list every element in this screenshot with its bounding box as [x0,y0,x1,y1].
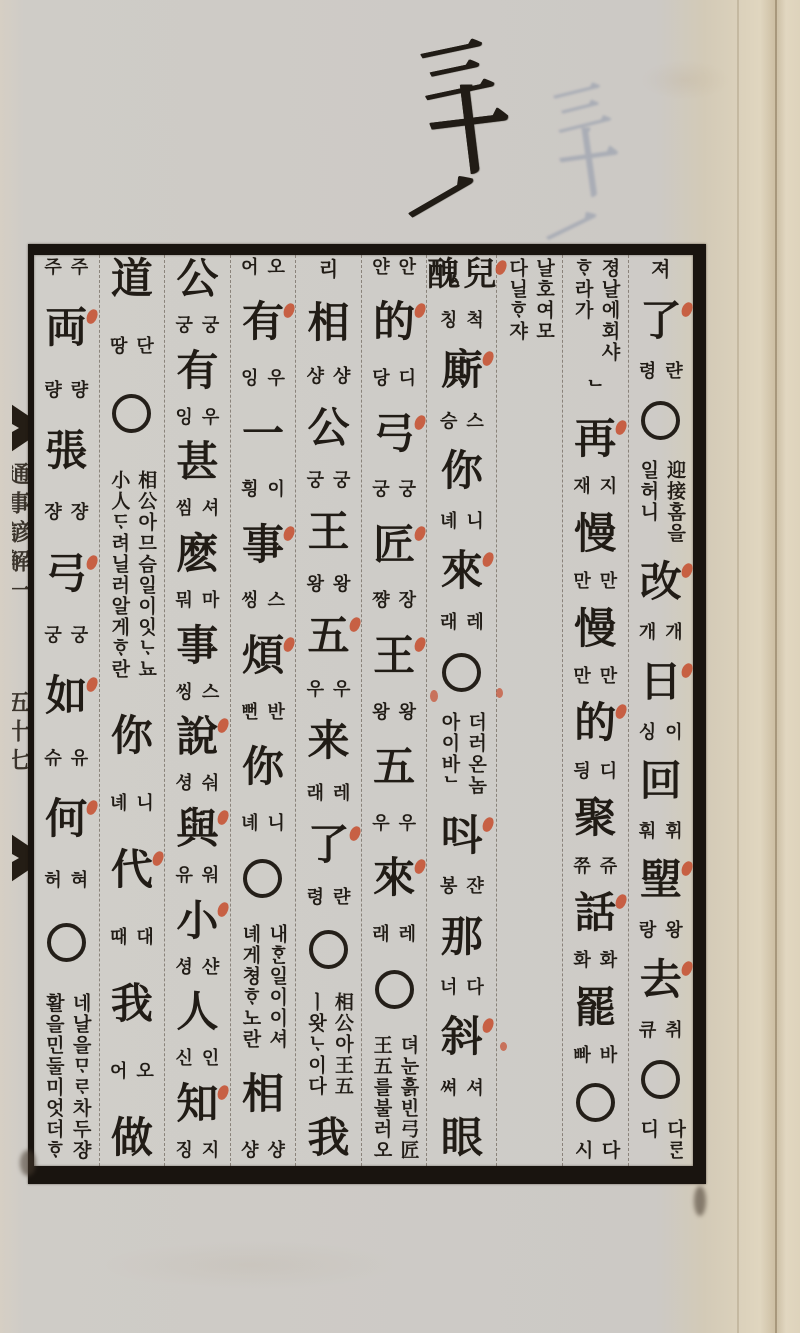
gloss-syllable: 바 [600,1046,617,1066]
gloss-syllable: 만 [573,572,590,592]
pronunciation-gloss: 만만 [573,572,617,592]
gloss-syllable: 디 [600,762,617,782]
hanja-character: 眼 [441,1117,483,1161]
gloss-syllable: 개 [665,623,682,643]
gloss-syllable: 니 [466,512,483,532]
text-columns: 주주両량량張쟝쟝弓궁궁如슈유何허혀활을민둘미엇더ᄒᆞ네날을ᄆᆞᄅᆞ차두쟝道땅단小… [34,255,693,1166]
translation-subline: 네날을ᄆᆞᄅᆞ차두쟝 [69,993,91,1161]
hanja-character: 小 [176,900,218,944]
hanja-character: 五 [308,615,350,659]
translation-subline: 녜게쳥ᄒᆞ노란 [239,924,261,1050]
gloss-syllable: 주 [44,258,61,278]
paper-stain [640,60,730,100]
gloss-syllable: 화 [573,951,590,971]
gloss-syllable: 레 [466,613,483,633]
hanja-character: 呌 [441,815,483,859]
translation-subline: 相公아므슴일이잇ᄂᆞ뇨 [134,470,156,680]
gloss-syllable: 신 [176,1049,193,1069]
hanja-character: 知 [176,1083,218,1127]
page-edge-line [775,0,777,1333]
hanja-character: 醜 [427,258,460,293]
pronunciation-gloss: 봉쟌 [440,877,484,897]
translation-lines: 小人ᄃᆞ려닐러알게ᄒᆞ란相公아므슴일이잇ᄂᆞ뇨 [108,470,157,680]
gloss-syllable: 잉 [176,408,193,428]
pronunciation-gloss: 때대 [110,928,154,948]
gloss-syllable: 니 [136,794,153,814]
translation-lines: 다닐ᄒᆞ쟈날호여모 [505,258,554,342]
section-circle [112,394,151,433]
pronunciation-gloss: 궁궁 [176,316,220,336]
gloss-syllable: 래 [372,925,389,945]
gloss-syllable: 이 [267,480,284,500]
gloss-syllable: 힁 [241,480,258,500]
hanja-character: 来 [308,720,350,764]
gloss-syllable: 대 [136,928,153,948]
gloss-syllable: 샹 [241,1141,258,1161]
gloss-syllable: 오 [136,1062,153,1082]
gloss-syllable: 씽 [241,591,258,611]
translation-subline: 졍날에회샤 [598,258,620,363]
hanja-character: 做 [111,1117,153,1161]
pronunciation-gloss: 잉우 [176,408,220,428]
hanja-character: 代 [111,849,153,893]
gloss-syllable: 궁 [333,471,350,491]
ink-smudge [694,1186,706,1216]
translation-lines: 일허니迎接홈을 [636,460,685,544]
gloss-syllable: 랸 [665,362,682,382]
gloss-syllable: 샹 [267,1141,284,1161]
gloss-syllable: 왕 [307,575,324,595]
hanja-character: 聚 [574,797,616,841]
hanja-character: 何 [45,798,87,842]
gloss-syllable: 반 [267,703,284,723]
pronunciation-gloss: 래레 [307,784,351,804]
gloss-syllable: 척 [466,311,483,331]
hanja-character: 五 [373,746,415,790]
gloss-syllable: 레 [399,925,416,945]
hanja-character: 弓 [45,553,87,597]
pronunciation-gloss: 우우 [307,680,351,700]
gloss-syllable: 훠 [639,822,656,842]
gloss-syllable: 승 [440,412,457,432]
pronunciation-gloss: 뭐마 [176,591,220,611]
section-circle [309,930,348,969]
gloss-syllable: 셔 [466,1079,483,1099]
gloss-syllable: 샨 [202,958,219,978]
pronunciation-gloss: 왕왕 [307,575,351,595]
pronunciation-gloss: 땅단 [110,337,154,357]
hanja-character: 我 [111,983,153,1027]
hanja-character: 張 [45,430,87,474]
pronunciation-gloss: 녜니 [110,794,154,814]
gloss-syllable: 마 [202,591,219,611]
translation-subline: 일허니 [636,460,658,523]
pronunciation-gloss: 칭척 [440,311,484,331]
translation-subline: 小人ᄃᆞ려닐러알게ᄒᆞ란 [108,470,130,680]
hanja-character: 公 [308,407,350,451]
column-2: ᄒᆞ라가졍날에회샤ᄂ再재지慢만만慢만만的딍디聚쮸쥬話화화罷빠바시다 [563,255,629,1166]
translation-lines: ㅣ왓ᄂᆞ이다相公아王五 [304,992,353,1097]
gloss-syllable: 다 [466,978,483,998]
pronunciation-gloss: 셩숴 [176,774,220,794]
hanja-character: 回 [640,760,682,804]
pronunciation-gloss: 왕왕 [372,703,416,723]
gloss-syllable: 랸 [333,888,350,908]
translation-subline: 더러온놈 [464,712,486,796]
pronunciation-gloss: 궁궁 [307,471,351,491]
gloss-syllable: 만 [600,667,617,687]
red-speck [430,690,438,702]
translation-lines: 녜게쳥ᄒᆞ노란내ᄒᆞᆫ일이이셔 [239,924,288,1050]
gloss-syllable: 슈 [44,749,61,769]
pronunciation-gloss: 래레 [440,613,484,633]
gloss-syllable: 쮸 [573,857,590,877]
pronunciation-gloss: 궁궁 [44,626,88,646]
translation-subline: 시 [571,1140,593,1161]
pronunciation-gloss: 징지 [176,1141,220,1161]
gloss-syllable: 당 [372,369,389,389]
pronunciation-gloss: 령랸 [639,362,683,382]
hanja-character: 了 [308,824,350,868]
gloss-syllable: 너 [440,978,457,998]
translation-subline: 다ᄅᆞᆫ [663,1119,685,1161]
gloss-syllable: 녜 [241,814,258,834]
pronunciation-gloss: 주주 [44,258,88,278]
gloss-syllable: 스 [267,591,284,611]
pronunciation-gloss: 쨩장 [372,591,416,611]
pronunciation-gloss: 샹샹 [307,367,351,387]
gloss-syllable: 쟌 [466,877,483,897]
hanja-character: 來 [441,550,483,594]
translation-subline: 다 [598,1140,620,1161]
hanja-character: 有 [176,350,218,394]
pronunciation-gloss: 량량 [44,381,88,401]
pronunciation-gloss: 어오 [241,258,285,278]
pronunciation-gloss: 싱이 [639,723,683,743]
hanja-character: 麽 [176,533,218,577]
gloss-syllable: 샹 [307,367,324,387]
gloss-syllable: 궁 [44,626,61,646]
gloss-syllable: 재 [573,477,590,497]
gloss-syllable: 주 [71,258,88,278]
gloss-syllable: 궁 [176,316,193,336]
pronunciation-gloss: 큐취 [639,1021,683,1041]
hanja-character: 相 [242,1073,284,1117]
gloss-syllable: 징 [176,1141,193,1161]
hanja-character: 我 [308,1117,350,1161]
pronunciation-gloss: 궁궁 [372,480,416,500]
hanja-character: 一 [242,413,284,457]
gloss-syllable: 어 [241,258,258,278]
gloss-syllable: 궁 [202,316,219,336]
gloss-syllable: 우 [202,408,219,428]
gloss-syllable: 장 [399,591,416,611]
gloss-syllable: 개 [639,623,656,643]
pronunciation-gloss: 씸셔 [176,499,220,519]
translation-subline: 아이바ᄂ [438,712,460,796]
hanja-character: 公 [176,258,218,302]
gloss-syllable: 량 [71,381,88,401]
hanja-character: 再 [574,418,616,462]
translation-subline: 다닐ᄒᆞ쟈 [505,258,527,342]
hanja-character: 朢 [640,859,682,903]
pronunciation-gloss: 슈유 [44,749,88,769]
gloss-syllable: 래 [440,613,457,633]
column-1: 져了령랸일허니迎接홈을改개개日싱이回훠휘朢랑왕去큐취디다ᄅᆞᆫ [629,255,694,1166]
gloss-syllable: 만 [600,572,617,592]
gloss-syllable: 셩 [176,958,193,978]
translation-subline: ᄒᆞ라가 [571,258,593,321]
gloss-syllable: 녜 [110,794,127,814]
hanja-pair: 醜兒 [427,258,496,293]
pronunciation-gloss: 훠휘 [639,822,683,842]
gloss-syllable: 샹 [333,367,350,387]
gloss-syllable: 우 [307,680,324,700]
hanja-character: 的 [373,301,415,345]
paper-stain [100,1240,400,1290]
gloss-syllable: 궁 [307,471,324,491]
gloss-syllable: 디 [399,369,416,389]
pronunciation-gloss: 셩샨 [176,958,220,978]
pronunciation-gloss: 얀안 [372,258,416,278]
hanja-character: 你 [111,715,153,759]
translation-lines: 아이바ᄂ더러온놈 [438,712,487,796]
pronunciation-gloss: 승스 [440,412,484,432]
hanja-character: 改 [640,561,682,605]
column-5: 얀안的당디弓궁궁匠쨩장王왕왕五우우來래레王五를불러오뎌눈흙빈弓匠 [362,255,428,1166]
hanja-character: 相 [308,302,350,346]
gloss-syllable: 큐 [639,1021,656,1041]
translation-subline: 迎接홈을 [663,460,685,544]
gloss-syllable: 쟝 [71,503,88,523]
translation-subline: ㅣ왓ᄂᆞ이다 [304,992,326,1097]
hanja-character: 匠 [373,524,415,568]
pronunciation-gloss: 유워 [176,866,220,886]
pronunciation-gloss: 잉우 [241,369,285,389]
hanja-character: 你 [242,746,284,790]
hanja-character: 両 [45,307,87,351]
gloss-syllable: 봉 [440,877,457,897]
gloss-syllable: 레 [333,784,350,804]
pronunciation-gloss: 개개 [639,623,683,643]
hanja-character: 罷 [574,987,616,1031]
hanja-character: 與 [176,808,218,852]
gloss-syllable: 화 [600,951,617,971]
gloss-syllable: 랑 [639,921,656,941]
section-circle [576,1083,615,1122]
hanja-character: 有 [242,301,284,345]
pronunciation-gloss: 신인 [176,1049,220,1069]
gloss-syllable: 우 [267,369,284,389]
hanja-character: 甚 [176,441,218,485]
gloss-syllable: 지 [202,1141,219,1161]
gloss-syllable: 왕 [372,703,389,723]
gloss-syllable: 왕 [665,921,682,941]
gloss-syllable: 휘 [665,822,682,842]
pronunciation-gloss: 씽스 [241,591,285,611]
hanja-character: 王 [308,511,350,555]
gloss-syllable: 지 [600,477,617,497]
column-8: 公궁궁有잉우甚씸셔麽뭐마事씽스說셩숴與유워小셩샨人신인知징지 [165,255,231,1166]
translation-lines: 王五를불러오뎌눈흙빈弓匠 [370,1035,419,1161]
small-character: ᄂ [586,378,605,402]
pronunciation-gloss: 힁이 [241,480,285,500]
gloss-syllable: 쎠 [440,1079,457,1099]
hanja-character: 煩 [242,635,284,679]
hanja-character: 廝 [441,349,483,393]
gloss-syllable: 혀 [71,871,88,891]
pronunciation-gloss: 만만 [573,667,617,687]
gloss-syllable: 래 [307,784,324,804]
gloss-syllable: 씽 [176,683,193,703]
gloss-syllable: 워 [202,866,219,886]
hanja-character: 如 [45,675,87,719]
hanja-character: 了 [640,300,682,344]
translation-subline: 내ᄒᆞᆫ일이이셔 [265,924,287,1050]
pronunciation-gloss: 령랸 [307,888,351,908]
small-character: 리 [319,258,338,282]
gloss-syllable: 칭 [440,311,457,331]
hanja-character: 王 [373,635,415,679]
gloss-syllable: 단 [136,337,153,357]
pronunciation-gloss: 우우 [372,814,416,834]
section-circle [442,653,481,692]
gloss-syllable: 량 [44,381,61,401]
pronunciation-gloss: 쮸쥬 [573,857,617,877]
gloss-syllable: 왕 [333,575,350,595]
gloss-syllable: 안 [399,258,416,278]
gloss-syllable: 궁 [372,480,389,500]
gloss-syllable: 취 [665,1021,682,1041]
gloss-syllable: 령 [307,888,324,908]
gloss-syllable: 궁 [399,480,416,500]
translation-subline: 相公아王五 [331,992,353,1097]
translation-lines: ᄒᆞ라가졍날에회샤 [571,258,620,363]
pronunciation-gloss: 화화 [573,951,617,971]
gloss-syllable: 녜 [440,512,457,532]
hanja-character: 慢 [574,513,616,557]
scanned-book-page: 三十一 三十一 通事諺解一 五十七 주주両량량張쟝쟝弓궁궁如슈유何허혀활을민둘미… [0,0,800,1333]
hanja-character: 事 [176,625,218,669]
pronunciation-gloss: 당디 [372,369,416,389]
section-circle [641,1060,680,1099]
translation-subline: 뎌눈흙빈弓匠 [397,1035,419,1161]
text-frame: 주주両량량張쟝쟝弓궁궁如슈유何허혀활을민둘미엇더ᄒᆞ네날을ᄆᆞᄅᆞ차두쟝道땅단小… [28,244,706,1184]
gloss-syllable: 뭐 [176,591,193,611]
translation-subline: 王五를불러오 [370,1035,392,1161]
gloss-syllable: 우 [333,680,350,700]
gloss-syllable: 잉 [241,369,258,389]
pronunciation-gloss: 씽스 [176,683,220,703]
hanja-character: 你 [441,450,483,494]
column-6: 리相샹샹公궁궁王왕왕五우우来래레了령랸ㅣ왓ᄂᆞ이다相公아王五我 [296,255,362,1166]
hanja-character: 斜 [441,1016,483,1060]
translation-subline: 디 [636,1119,658,1140]
gloss-syllable: 쨩 [372,591,389,611]
translation-lines: 디다ᄅᆞᆫ [636,1119,685,1161]
pronunciation-gloss: 래레 [372,925,416,945]
section-circle [243,859,282,898]
hanja-character: 人 [176,991,218,1035]
fishtail-mark-lower [12,832,28,884]
pronunciation-gloss: 녜니 [440,512,484,532]
hanja-character: 慢 [574,608,616,652]
pronunciation-gloss: 쎠셔 [440,1079,484,1099]
column-4: 醜兒칭척廝승스你녜니來래레아이바ᄂ더러온놈呌봉쟌那너다斜쎠셔眼 [427,255,497,1166]
gloss-syllable: 왕 [399,703,416,723]
gloss-syllable: 숴 [202,774,219,794]
pronunciation-gloss: 녜니 [241,814,285,834]
gloss-syllable: 뻔 [241,703,258,723]
ink-smudge [20,1150,36,1176]
hanja-character: 那 [441,916,483,960]
gloss-syllable: 스 [202,683,219,703]
translation-subline: 활을민둘미엇더ᄒᆞ [42,993,64,1161]
gloss-syllable: 어 [110,1062,127,1082]
gloss-syllable: 니 [267,814,284,834]
red-speck [500,1042,507,1051]
fishtail-mark-upper [12,402,28,454]
gloss-syllable: 이 [665,723,682,743]
gloss-syllable: 얀 [372,258,389,278]
column-9: 道땅단小人ᄃᆞ려닐러알게ᄒᆞ란相公아므슴일이잇ᄂᆞ뇨你녜니代때대我어오做 [100,255,166,1166]
section-circle [375,970,414,1009]
red-speck [496,688,503,698]
translation-subline: 날호여모 [532,258,554,342]
hanja-character: 弓 [373,413,415,457]
gloss-syllable: 스 [466,412,483,432]
hanja-character: 去 [640,959,682,1003]
gloss-syllable: 궁 [71,626,88,646]
gloss-syllable: 셔 [202,499,219,519]
translation-lines: 활을민둘미엇더ᄒᆞ네날을ᄆᆞᄅᆞ차두쟝 [42,993,91,1161]
gloss-syllable: 우 [399,814,416,834]
pronunciation-gloss: 허혀 [44,871,88,891]
hanja-character: 說 [176,716,218,760]
gloss-syllable: 싱 [639,723,656,743]
gloss-syllable: 허 [44,871,61,891]
gloss-syllable: 때 [110,928,127,948]
hanja-character: 的 [574,702,616,746]
pronunciation-gloss: 샹샹 [241,1141,285,1161]
gloss-syllable: 씸 [176,499,193,519]
section-circle [641,401,680,440]
pronunciation-gloss: 빠바 [573,1046,617,1066]
pronunciation-gloss: 랑왕 [639,921,683,941]
hanja-character: 道 [111,258,153,302]
paper-crease [737,0,739,1333]
gloss-syllable: 유 [176,866,193,886]
hanja-character: 事 [242,524,284,568]
page-edge-shadow [760,0,786,1333]
hanja-character: 話 [574,892,616,936]
translation-lines: 시다 [571,1140,620,1161]
hanja-character: 日 [640,661,682,705]
pronunciation-gloss: 어오 [110,1062,154,1082]
pronunciation-gloss: 딍디 [573,762,617,782]
gloss-syllable: 셩 [176,774,193,794]
section-circle [47,923,86,962]
gloss-syllable: 쟝 [44,503,61,523]
pronunciation-gloss: 쟝쟝 [44,503,88,523]
gloss-syllable: 유 [71,749,88,769]
column-10: 주주両량량張쟝쟝弓궁궁如슈유何허혀활을민둘미엇더ᄒᆞ네날을ᄆᆞᄅᆞ차두쟝 [34,255,100,1166]
gloss-syllable: 오 [267,258,284,278]
pronunciation-gloss: 재지 [573,477,617,497]
column-3: 다닐ᄒᆞ쟈날호여모 [497,255,563,1166]
gloss-syllable: 만 [573,667,590,687]
gloss-syllable: 쥬 [600,857,617,877]
